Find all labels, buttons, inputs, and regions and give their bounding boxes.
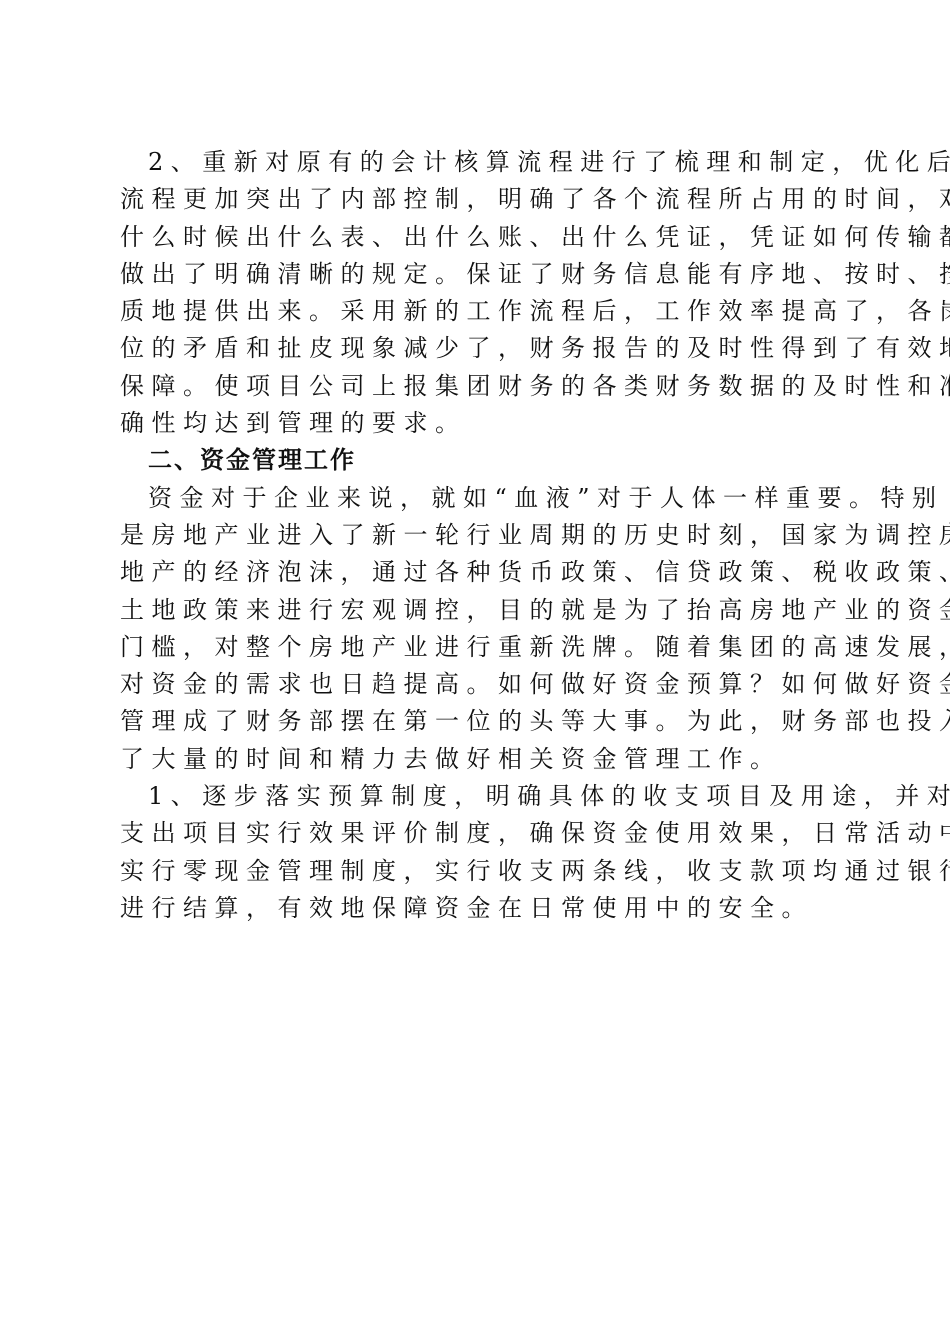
text-line: 2、重新对原有的会计核算流程进行了梳理和制定，优化后 xyxy=(120,144,830,181)
text-line: 土地政策来进行宏观调控，目的就是为了抬高房地产业的资金 xyxy=(120,592,830,629)
text-line: 资金对于企业来说，就如“血液”对于人体一样重要。特别 xyxy=(120,480,830,517)
text-line: 什么时候出什么表、出什么账、出什么凭证，凭证如何传输都 xyxy=(120,219,830,256)
document-page: 2、重新对原有的会计核算流程进行了梳理和制定，优化后 流程更加突出了内部控制，明… xyxy=(120,144,830,927)
text-line: 做出了明确清晰的规定。保证了财务信息能有序地、按时、按 xyxy=(120,256,830,293)
text-line: 1、逐步落实预算制度，明确具体的收支项目及用途，并对 xyxy=(120,778,830,815)
text-line: 保障。使项目公司上报集团财务的各类财务数据的及时性和准 xyxy=(120,368,830,405)
text-line: 流程更加突出了内部控制，明确了各个流程所占用的时间，对 xyxy=(120,181,830,218)
text-line: 进行结算，有效地保障资金在日常使用中的安全。 xyxy=(120,890,830,927)
section-heading: 二、资金管理工作 xyxy=(120,442,830,479)
heading-text: 二、资金管理工作 xyxy=(120,442,830,479)
text-line: 地产的经济泡沫，通过各种货币政策、信贷政策、税收政策、 xyxy=(120,554,830,591)
text-line: 位的矛盾和扯皮现象减少了，财务报告的及时性得到了有效地 xyxy=(120,330,830,367)
paragraph-accounting-process: 2、重新对原有的会计核算流程进行了梳理和制定，优化后 流程更加突出了内部控制，明… xyxy=(120,144,830,442)
text-line: 对资金的需求也日趋提高。如何做好资金预算？如何做好资金 xyxy=(120,666,830,703)
text-line: 了大量的时间和精力去做好相关资金管理工作。 xyxy=(120,741,830,778)
text-line: 是房地产业进入了新一轮行业周期的历史时刻，国家为调控房 xyxy=(120,517,830,554)
text-line: 实行零现金管理制度，实行收支两条线，收支款项均通过银行 xyxy=(120,853,830,890)
text-line: 支出项目实行效果评价制度，确保资金使用效果，日常活动中 xyxy=(120,815,830,852)
text-line: 管理成了财务部摆在第一位的头等大事。为此，财务部也投入 xyxy=(120,703,830,740)
paragraph-budget-system: 1、逐步落实预算制度，明确具体的收支项目及用途，并对 支出项目实行效果评价制度，… xyxy=(120,778,830,927)
text-line: 质地提供出来。采用新的工作流程后，工作效率提高了，各岗 xyxy=(120,293,830,330)
paragraph-fund-importance: 资金对于企业来说，就如“血液”对于人体一样重要。特别 是房地产业进入了新一轮行业… xyxy=(120,480,830,778)
text-line: 确性均达到管理的要求。 xyxy=(120,405,830,442)
text-line: 门槛，对整个房地产业进行重新洗牌。随着集团的高速发展， xyxy=(120,629,830,666)
